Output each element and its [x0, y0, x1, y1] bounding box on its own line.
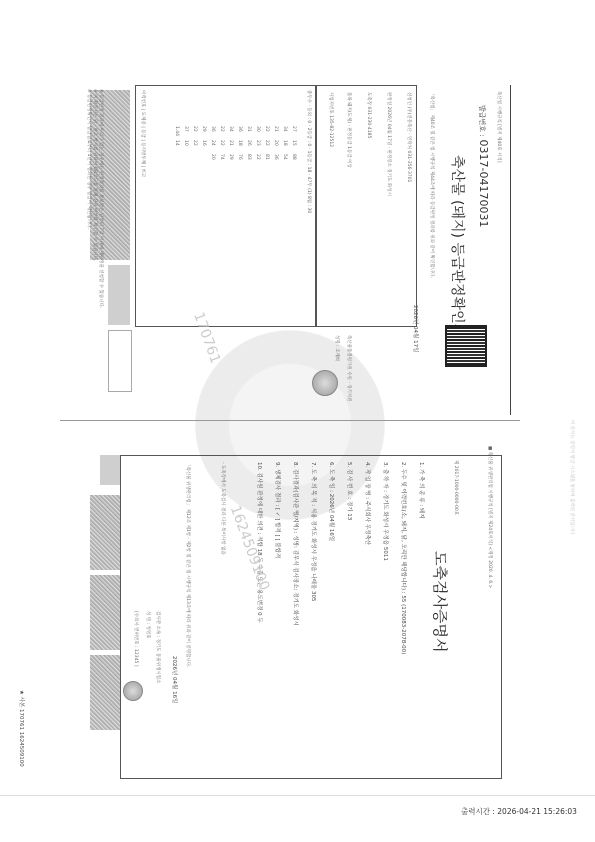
- issue-number: 발급번호 : 0317-04170031: [477, 105, 490, 227]
- issuer-person: 성명 : 조재희: [334, 335, 340, 361]
- table-cell: 21: [228, 140, 233, 146]
- table-cell: 36: [273, 154, 278, 160]
- grey-box: [108, 265, 130, 325]
- table-cell: 34: [282, 126, 287, 132]
- table-cell: 22: [264, 140, 269, 146]
- note-2: ※ 이 확인서는 위 · 변조 방지를 위하여 QR코드를 통해 진위 여부를 …: [92, 89, 98, 261]
- table-cell: 76: [237, 154, 242, 160]
- margin-watermark: 이 문서는 증명서 발급 시스템을 통하여 출력된 문서입니다: [569, 420, 575, 534]
- issue-number-label: 발급번호 :: [478, 105, 486, 137]
- issue-number-value: 0317-04170031: [477, 140, 490, 228]
- license-number: [수의사 면허번호 : 12345 ]: [133, 611, 139, 667]
- table-cell: 15: [291, 140, 296, 146]
- printout-timestamp: 2026-04-21 15:26:03: [497, 807, 577, 816]
- footer-divider: [0, 795, 595, 796]
- table-cell: 29: [201, 126, 206, 132]
- inspection-item: 3. 출 하 자 : 경기도 화성시 우정읍 5011: [382, 462, 390, 561]
- info-row-2: 판정일 2026년 04월 17일 · 판정장소 경기도 화성시: [386, 92, 392, 196]
- inspection-item: 9. 생체검사 결과 : [ ✓ ] 합격 [ ] 불합격: [274, 462, 282, 558]
- sub-note: - 도축장에서 도축검사 결과 다른 특이사항 없음: [220, 462, 226, 555]
- side-copy-label: ★ 사본 170761 1624509100: [18, 690, 26, 767]
- grading-certificate: 축산법 시행규칙 [별지 제40호 서식] 발급번호 : 0317-041700…: [90, 85, 511, 415]
- table-cell: 10: [183, 140, 188, 146]
- table-cell: 36: [210, 126, 215, 132]
- inspector: 성 명 : 정영호: [145, 611, 151, 639]
- inspection-item: 1. 가 축 의 종 류 : 돼지: [418, 462, 426, 519]
- table-cell: 81: [264, 154, 269, 160]
- table-cell: 22: [255, 154, 260, 160]
- table-cell: 37: [183, 126, 188, 132]
- table-cell: 1.44: [174, 126, 179, 136]
- official-seal: [312, 370, 338, 396]
- table-cell: 21: [273, 126, 278, 132]
- signature-panel-3: [90, 655, 120, 730]
- table-cell: 24: [210, 140, 215, 146]
- printout-time: 출력시간 : 2026-04-21 15:26:03: [461, 806, 577, 817]
- table-cell: 29: [228, 154, 233, 160]
- table-cell: 22: [219, 140, 224, 146]
- table-cell: 36: [237, 126, 242, 132]
- inspector-seal: [123, 681, 143, 701]
- table-cell: 16: [201, 140, 206, 146]
- table-cell: 18: [282, 140, 287, 146]
- table-cell: 14: [174, 140, 179, 146]
- inspection-item: 8. 검사결과(검사관 명/지역) : 성명: 김무식 검사장소: 경기도 화성…: [292, 462, 300, 626]
- doc-number: 제 2017-1000-0000-00호: [453, 460, 459, 515]
- table-cell: 88: [291, 154, 296, 160]
- grade-values: 273421223031363422362922371.441518202223…: [156, 126, 306, 316]
- table-header-row: 이력번호 | 도체중 | 등급 | 등지방두께 | 비고: [140, 90, 146, 177]
- table-cell: 54: [282, 154, 287, 160]
- grade-results-table: 총두수 · 등외 : 0 · 2등급 : 0 · 1등급 : 18 · 47두 …: [135, 85, 317, 327]
- inspection-item: 7. 도 축 의 목 적 : 식용 경기도 화성시 우정읍 나래울 305: [310, 462, 318, 602]
- white-box: [108, 330, 132, 392]
- inspection-item: 2. 두수 및 이력번호(소, 돼지, 닭, 오리만 해당합니다) : 55 (…: [400, 462, 408, 654]
- table-cell: 27: [291, 126, 296, 132]
- inspection-certificate: ■ 축산물 위생관리법 시행규칙 [별지 제24호서식] <개정 2020. 4…: [120, 455, 502, 779]
- printout-label: 출력시간 :: [461, 807, 495, 816]
- info-row-3: 도축장 031-230-4185: [366, 92, 372, 138]
- note-3: ※ 등급판정확인서 발급일로부터 1년이 경과한 경우 발급이 제한됩니다.: [86, 89, 92, 229]
- inspection-item: 6. 도 축 일 : 2026년 04월 16일: [328, 462, 336, 541]
- table-cell: 22: [192, 140, 197, 146]
- table-cell: 23: [255, 140, 260, 146]
- qr-code[interactable]: [445, 325, 487, 367]
- inspection-form-ref: ■ 축산물 위생관리법 시행규칙 [별지 제24호서식] <개정 2020. 4…: [487, 446, 493, 588]
- inspection-date: 2026년 04월 16일: [171, 656, 179, 703]
- inspection-item: 4. 작 업 장 명 : 주식회사 우정축산: [364, 462, 372, 545]
- note-1: ※ 등급판정 결과에 이의가 있는 경우에는 판정결과를 통보받은 날부터 7일…: [98, 89, 104, 308]
- table-cell: 83: [246, 154, 251, 160]
- table-cell: 31: [246, 126, 251, 132]
- fold-divider: [60, 420, 520, 421]
- signature-panel-2: [90, 575, 120, 650]
- inspection-item: 5. 검 사 번 호 : 경기 13: [346, 462, 354, 520]
- table-cell: 18: [237, 140, 242, 146]
- info-row-5: 사업자번호 135-82-12512: [328, 92, 334, 147]
- intro-text: 「축산법」 제40조 및 같은 법 시행규칙 제44조에 따라 등급판정 결과를…: [429, 91, 435, 391]
- table-cell: 20: [273, 140, 278, 146]
- table-cell: 20: [210, 154, 215, 160]
- form-reference: 축산법 시행규칙 [별지 제40호 서식]: [496, 91, 502, 162]
- table-cell: 30: [255, 126, 260, 132]
- certificate-title: 축산물 (돼지) 등급판정확인서: [448, 155, 468, 337]
- certification-text: 「축산물 위생관리법」 제12조 제1항 · 제2항 및 같은 법 시행규칙 제…: [185, 462, 191, 668]
- grey-mark: [100, 455, 120, 485]
- table-cell: 22: [192, 126, 197, 132]
- authority: 검사관 소속 : 경기도 동물위생시험소: [155, 611, 161, 683]
- table-cell: 22: [219, 126, 224, 132]
- summary-row: 총두수 · 등외 : 0 · 2등급 : 0 · 1등급 : 18 · 47두 …: [306, 90, 312, 213]
- table-cell: 34: [228, 126, 233, 132]
- table-cell: 26: [246, 140, 251, 146]
- applicant-info-table: 신청인 (주)신흥축산 · 연락처 031-356-3701 판정일 2026년…: [315, 85, 417, 327]
- inspection-item: 10. 검사원 판정에 대한 의견 : 적합 18 두 수출 또는 용도변경 0…: [256, 462, 264, 623]
- table-cell: 74: [219, 154, 224, 160]
- inspection-title: 도축검사증명서: [430, 551, 451, 652]
- issuer-org: 축산물품질평가원 수원 · 경기지원: [346, 335, 352, 402]
- table-cell: 22: [264, 126, 269, 132]
- signature-panel-1: [90, 495, 120, 570]
- info-row-1: 신청인 (주)신흥축산 · 연락처 031-356-3701: [406, 92, 412, 182]
- info-row-4: 품목 돼지(도체) · 판정등급 1등급 이상: [346, 92, 352, 168]
